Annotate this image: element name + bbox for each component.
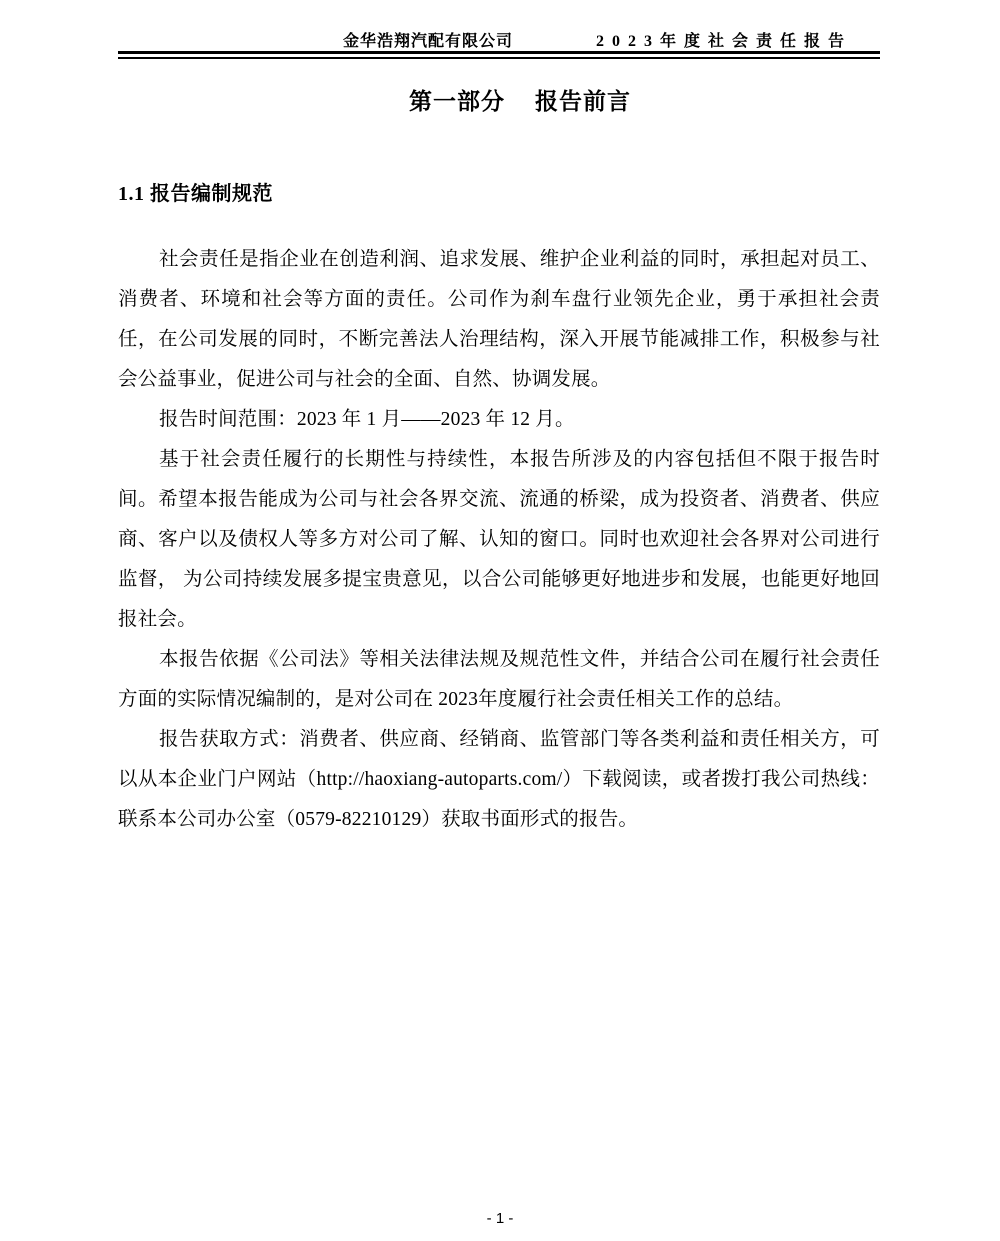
paragraph-report-scope: 基于社会责任履行的长期性与持续性，本报告所涉及的内容包括但不限于报告时间。希望本… [118,440,880,640]
header-report-title: 2023年度社会责任报告 [596,28,852,51]
report-page: 金华浩翔汽配有限公司 2023年度社会责任报告 第一部分报告前言 1.1 报告编… [0,0,1000,1241]
document-title: 第一部分报告前言 [118,83,880,116]
paragraph-social-responsibility-intro: 社会责任是指企业在创造利润、追求发展、维护企业利益的同时，承担起对员工、消费者、… [118,240,880,400]
document-body: 社会责任是指企业在创造利润、追求发展、维护企业利益的同时，承担起对员工、消费者、… [118,240,880,840]
document-title-part-label: 第一部分 [409,89,505,114]
paragraph-report-basis: 本报告依据《公司法》等相关法律法规及规范性文件，并结合公司在履行社会责任方面的实… [118,640,880,720]
paragraph-report-access: 报告获取方式：消费者、供应商、经销商、监管部门等各类利益和责任相关方，可以从本企… [118,720,880,840]
document-title-part-name: 报告前言 [535,89,631,114]
page-footer: - 1 - [0,1210,1000,1227]
section-heading: 1.1 报告编制规范 [118,177,273,206]
page-number: - 1 - [487,1210,514,1227]
paragraph-report-time-range: 报告时间范围：2023 年 1 月——2023 年 12 月。 [118,400,880,440]
header-divider [118,51,880,59]
header-company-name: 金华浩翔汽配有限公司 [343,28,513,51]
